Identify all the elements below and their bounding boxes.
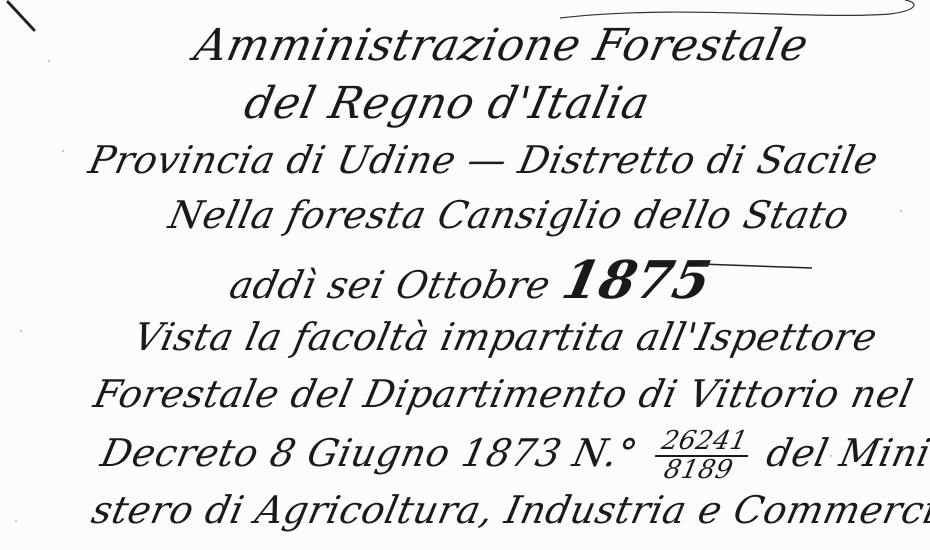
paper-speck [48,60,50,62]
decree-text-after: del Mini= [763,431,930,475]
body-line-ministry: stero di Agricoltura, Industria e Commer… [88,488,930,532]
pen-stroke-mark [0,0,60,40]
paper-speck [900,210,902,212]
paper-speck [15,520,17,522]
header-line-kingdom: del Regno d'Italia [240,78,654,129]
paper-speck [880,400,882,402]
date-line: addì sei Ottobre 1875 [225,250,717,311]
decree-number-fraction: 26241 8189 [649,428,754,485]
paper-speck [62,150,64,152]
body-line-faculty: Vista la facoltà impartita all'Ispettore [130,315,881,359]
decree-number-denominator: 8189 [649,457,748,484]
body-line-decree: Decreto 8 Giugno 1873 N.° 26241 8189 del… [95,428,930,485]
header-line-administration: Amministrazione Forestale [190,20,813,71]
decree-number-numerator: 26241 [655,428,754,457]
paper-speck [20,330,22,332]
location-line-forest: Nella foresta Cansiglio dello Stato [165,193,853,237]
date-prefix: addì sei Ottobre [226,263,555,307]
decree-text-before: Decreto 8 Giugno 1873 N.° [97,431,642,475]
handwritten-document-page: Amministrazione Forestale del Regno d'It… [0,0,930,550]
body-line-department: Forestale del Dipartimento di Vittorio n… [90,372,917,416]
location-line-province-district: Provincia di Udine — Distretto di Sacile [85,138,882,182]
paper-speck [830,455,832,457]
date-year: 1875 [557,250,717,311]
date-underline [700,262,820,272]
